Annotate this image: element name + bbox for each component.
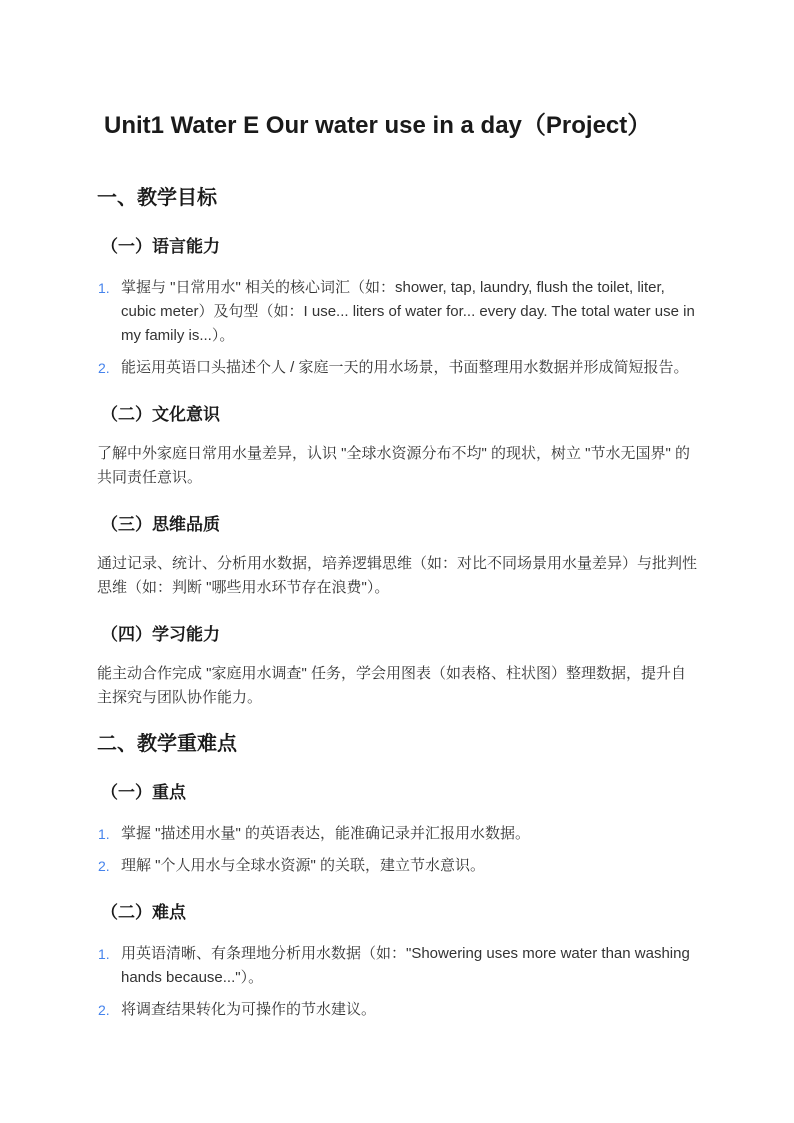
list-item-text: 掌握 "描述用水量" 的英语表达，能准确记录并汇报用水数据。 — [121, 825, 530, 842]
list-item: 1. 掌握与 "日常用水" 相关的核心词汇（如：shower, tap, lau… — [97, 276, 697, 348]
subsection-heading-cultural-awareness: （二）文化意识 — [101, 402, 697, 428]
list-item-text: 能运用英语口头描述个人 / 家庭一天的用水场景，书面整理用水数据并形成简短报告。 — [121, 359, 689, 376]
subsection-heading-thinking-quality: （三）思维品质 — [101, 512, 697, 538]
difficult-points-list: 1. 用英语清晰、有条理地分析用水数据（如："Showering uses mo… — [97, 942, 697, 1022]
list-item-number: 1. — [98, 822, 110, 846]
list-item-number: 2. — [98, 854, 110, 878]
learning-ability-paragraph: 能主动合作完成 "家庭用水调查" 任务，学会用图表（如表格、柱状图）整理数据，提… — [97, 662, 697, 710]
list-item: 1. 掌握 "描述用水量" 的英语表达，能准确记录并汇报用水数据。 — [97, 822, 697, 846]
list-item: 2. 将调查结果转化为可操作的节水建议。 — [97, 998, 697, 1022]
section-heading-teaching-objectives: 一、教学目标 — [97, 184, 697, 212]
list-item: 2. 能运用英语口头描述个人 / 家庭一天的用水场景，书面整理用水数据并形成简短… — [97, 356, 697, 380]
list-item: 2. 理解 "个人用水与全球水资源" 的关联，建立节水意识。 — [97, 854, 697, 878]
cultural-awareness-paragraph: 了解中外家庭日常用水量差异，认识 "全球水资源分布不均" 的现状，树立 "节水无… — [97, 442, 697, 490]
subsection-heading-language-ability: （一）语言能力 — [101, 234, 697, 260]
list-item-number: 2. — [98, 356, 110, 380]
list-item-number: 1. — [98, 942, 110, 966]
document-page: Unit1 Water E Our water use in a day（Pro… — [0, 0, 794, 1123]
list-item-text: 理解 "个人用水与全球水资源" 的关联，建立节水意识。 — [121, 857, 485, 874]
language-ability-list: 1. 掌握与 "日常用水" 相关的核心词汇（如：shower, tap, lau… — [97, 276, 697, 380]
document-title: Unit1 Water E Our water use in a day（Pro… — [104, 110, 697, 142]
key-points-list: 1. 掌握 "描述用水量" 的英语表达，能准确记录并汇报用水数据。 2. 理解 … — [97, 822, 697, 878]
subsection-heading-difficult-points: （二）难点 — [101, 900, 697, 926]
list-item-text: 用英语清晰、有条理地分析用水数据（如："Showering uses more … — [121, 945, 690, 986]
list-item-text: 掌握与 "日常用水" 相关的核心词汇（如：shower, tap, laundr… — [121, 279, 695, 344]
section-heading-key-difficult-points: 二、教学重难点 — [97, 730, 697, 758]
list-item: 1. 用英语清晰、有条理地分析用水数据（如："Showering uses mo… — [97, 942, 697, 990]
list-item-number: 1. — [98, 276, 110, 300]
list-item-number: 2. — [98, 998, 110, 1022]
list-item-text: 将调查结果转化为可操作的节水建议。 — [121, 1001, 376, 1018]
subsection-heading-learning-ability: （四）学习能力 — [101, 622, 697, 648]
subsection-heading-key-points: （一）重点 — [101, 780, 697, 806]
thinking-quality-paragraph: 通过记录、统计、分析用水数据，培养逻辑思维（如：对比不同场景用水量差异）与批判性… — [97, 552, 697, 600]
